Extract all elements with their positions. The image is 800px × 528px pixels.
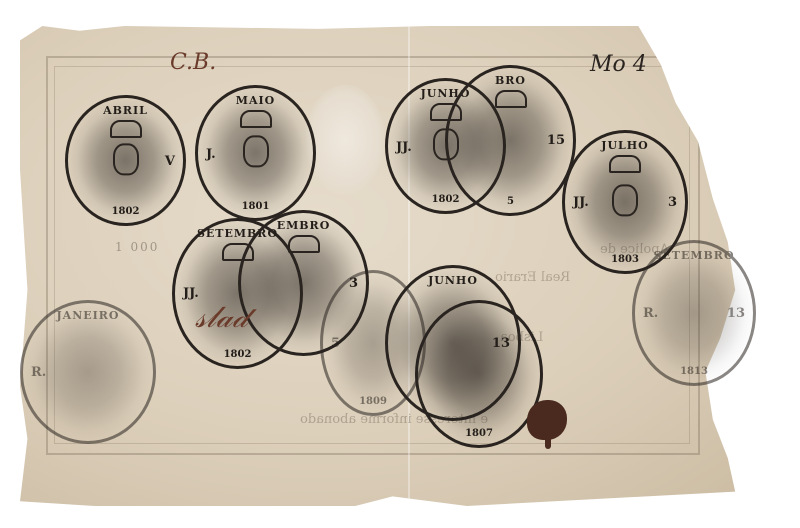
stamp-year: 1802 <box>68 206 183 217</box>
ink-drip <box>545 435 551 449</box>
stamp-month: JUNHO <box>388 274 518 287</box>
stamp-month: JANEIRO <box>23 309 153 322</box>
stamp-year: 5 <box>448 196 573 207</box>
stamp-mark: JJ. <box>573 195 589 210</box>
stamp-month: BRO <box>448 74 573 87</box>
stamp-month: SETEMBRO <box>635 249 753 262</box>
stamp-month: EMBRO <box>241 219 366 232</box>
stamp-mark: 13 <box>727 306 745 321</box>
stamp-month: ABRIL <box>68 104 183 117</box>
stamp-mark: R. <box>643 306 658 321</box>
stamp-month: MAIO <box>198 94 313 107</box>
crown-icon <box>609 155 641 173</box>
stamp-year: 1807 <box>418 428 540 439</box>
crown-icon <box>110 120 142 138</box>
coat-of-arms-icon <box>243 136 269 168</box>
stamp-mark: 3 <box>668 195 677 210</box>
stamp-month: JULHO <box>565 139 685 152</box>
stamp-year: 1813 <box>635 366 753 377</box>
ink-blot <box>527 400 567 440</box>
stamp-maio: MAIO J. 1801 <box>195 85 316 221</box>
stamp-mark: JJ. <box>396 140 412 155</box>
stamp-mark: 15 <box>547 133 565 148</box>
crown-icon <box>495 90 527 108</box>
stamp-abril: ABRIL V 1802 <box>65 95 186 226</box>
stamp-janeiro: JANEIRO R. <box>20 300 156 444</box>
crown-icon <box>288 235 320 253</box>
signature: 𝓈𝓁𝒶𝒹 <box>195 300 248 335</box>
stamp-setembro-1813: SETEMBRO R. 13 1813 <box>632 240 756 386</box>
stamp-bro: BRO 15 5 <box>445 65 576 216</box>
stamp-1807: 1807 <box>415 300 543 448</box>
embossed-seal <box>305 85 385 195</box>
handwritten-initials: C.B. <box>170 50 216 75</box>
stamp-mark: R. <box>31 365 46 380</box>
crown-icon <box>240 110 272 128</box>
stamp-mark: J. <box>206 147 216 162</box>
stamp-mark: JJ. <box>183 286 199 301</box>
handwritten-note: Mo 4 <box>590 52 647 77</box>
stamp-mark: V <box>165 154 175 169</box>
bleed-amount: 1 000 <box>115 240 159 254</box>
stamp-mark: 5 <box>331 336 340 351</box>
coat-of-arms-icon <box>612 184 638 216</box>
coat-of-arms-icon <box>113 143 139 175</box>
